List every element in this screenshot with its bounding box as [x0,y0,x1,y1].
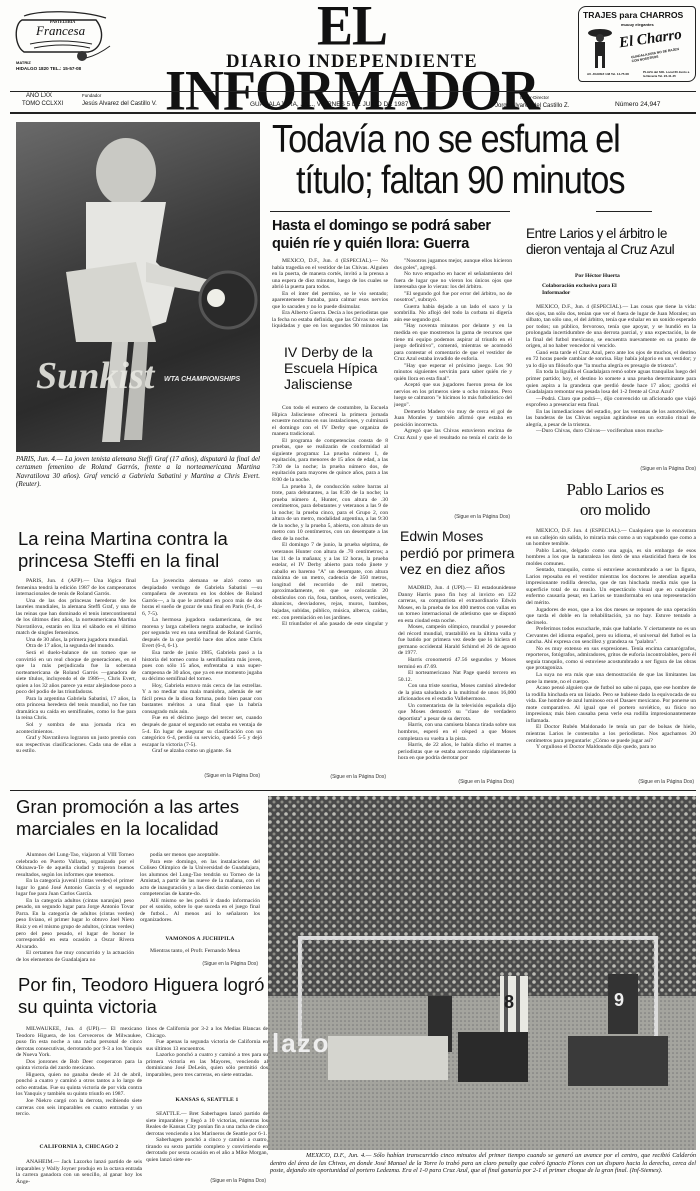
newspaper-subtitle: DIARIO INDEPENDIENTE [152,52,552,73]
dateline-rule [10,112,696,114]
photo-caption-soccer: MEXICO, D.F., Jun. 4.— Sólo habían trans… [270,1152,696,1175]
artes-col1: Alumnos del Lung-Tao, viajaron al VIII T… [16,852,134,964]
ad-charro-title: TRAJES para CHARROS [583,10,683,20]
ad-charro-tagline: muuuy elegantes [621,22,654,27]
main-headline-line2: título; faltan 90 minutos [296,159,624,203]
charro-figure-icon [587,25,613,71]
higuera-continued[interactable]: (Sigue en la Página Dos) [146,1178,266,1184]
higuera-col2b: SEATTLE.— Bret Saberhagen lanzó partido … [146,1111,268,1169]
jersey-number-9: 9 [614,990,624,1011]
section-rule [10,790,696,791]
derby-continued[interactable]: (Sigue en la Página Dos) [272,774,386,780]
derby-headline: IV Derby de la Escuela Hípica Jalisciens… [284,344,384,392]
jersey-number-8: 8 [504,992,514,1013]
photo-caption-graf: PARIS, Jun. 4.— La joven tenista alemana… [16,455,260,489]
editor-name: Jorge Alvarez del Castillo Z. [495,103,569,109]
higuera-col1b: ANAHEIM.— Jack Lazorko lanzó partido de … [16,1159,142,1187]
pablo-continued[interactable]: (Sigue en la Página Dos) [526,779,694,785]
moses-headline: Edwin Moses perdió por primera vez en di… [400,528,518,578]
headline-rule-left [270,211,510,212]
higuera-sub1: CALIFORNIA 3, CHICAGO 2 [16,1144,142,1150]
ad-address: HIDALGO 1820 TEL.: 15-57-08 [16,66,81,71]
place-date: GUADALAJARA, JAL., VIERNES 5 DE JUNIO DE… [250,101,408,108]
moses-continued[interactable]: (Sigue en la Página Dos) [398,779,514,785]
founder-label: Fundador [82,93,101,98]
pablo-headline: Pablo Larios es oro molido [560,480,670,520]
larios-arbitro-continued[interactable]: (Sigue en la Página Dos) [526,466,696,472]
ad-charro-addr-right: PLAZA del SOL Local 60 Junto a la Neverí… [643,70,691,78]
martina-continued[interactable]: (Sigue en la Página Dos) [142,773,260,779]
guerra-headline: Hasta el domingo se podrá saber quién rí… [272,218,512,253]
artes-subhead: VAMONOS A JUCHIPILA [140,936,260,942]
larios-arbitro-body: MEXICO, D.F., Jun. 4 (ESPECIAL).— Las co… [526,304,696,454]
martina-col2: La jovencita alemana se alzó como un des… [142,578,262,762]
sponsor-banner: Sunkist [36,354,154,398]
pitch-banner: lazo [272,1028,331,1059]
larios-arbitro-collab: Colaboración exclusiva para El Informado… [542,283,622,296]
artes-after: Mientras tanto, el Profr. Fernando Mena [140,948,260,955]
martina-headline: La reina Martina contra la princesa Stef… [18,528,268,572]
artes-headline: Gran promoción a las artes marciales en … [16,796,256,839]
larios-arbitro-headline: Entre Larios y el árbitro le dieron vent… [526,226,700,257]
guerra-continued[interactable]: (Sigue en la Página Dos) [394,514,510,520]
higuera-headline: Por fin, Teodoro Higuera logró su quinta… [18,974,268,1018]
issue-number: Número 24,947 [615,101,660,108]
ad-matriz: MATRIZ [16,60,31,65]
moses-body: MADRID, Jun. 4 (UPI).— El estadounidense… [398,585,516,770]
higuera-col2: linos de California por 3-2 a los Medias… [146,1026,268,1086]
year-label: AÑO LXX [26,93,52,99]
photo-steffi-graf: Sunkist WTA CHAMPIONSHIPS [16,122,260,452]
ad-charro-addr-left: AV. JUAREZ 148 Tel. 14-75-08 [587,72,637,76]
ad-pasteleria-francesa: PASTELERIA Francesa MATRIZ HIDALGO 1820 … [10,6,120,74]
founder-name: Jesús Alvarez del Castillo V. [82,101,157,107]
brand-name: Francesa [36,23,85,39]
guerra-col2: "Nosotros jugamos mejor, aunque ellos hi… [394,258,512,440]
main-headline-line1: Todavía no se esfuma el [272,118,620,162]
photo-soccer-match: 8 9 lazo [268,796,696,1150]
sponsor-banner-2: WTA CHAMPIONSHIPS [164,376,240,383]
editor-label: Editor-Director [520,95,549,100]
soccer-crowd-illustration [268,796,696,1150]
guerra-col1: MEXICO, D.F., Jun. 4 (ESPECIAL).— No hab… [272,258,388,330]
martina-col1: PARIS, Jun. 4 (AFP).— Una lógica final f… [16,578,136,778]
higuera-sub2: KANSAS 6, SEATTLE 1 [146,1097,268,1103]
pablo-body: MEXICO, D.F. Jun. 4 (ESPECIAL).— Cualqui… [526,528,696,772]
artes-continued[interactable]: (Sigue en la Página Dos) [140,961,258,967]
masthead-rule [10,91,696,92]
larios-arbitro-byline: Por Héctor Huerta [575,273,620,279]
derby-body: Con todo el esmero de costumbre, la Escu… [272,405,388,627]
tennis-player-illustration [16,122,260,452]
ad-el-charro: TRAJES para CHARROS muuuy elegantes El C… [578,6,696,82]
headline-rule-right [596,211,652,212]
higuera-col1: MILWAUKEE, Jun. 4 (UPI).— El mexicano Te… [16,1026,142,1130]
artes-col2: podía ser menos que aceptable. Para este… [140,852,260,924]
tomo-label: TOMO CCLXXI [22,101,63,107]
